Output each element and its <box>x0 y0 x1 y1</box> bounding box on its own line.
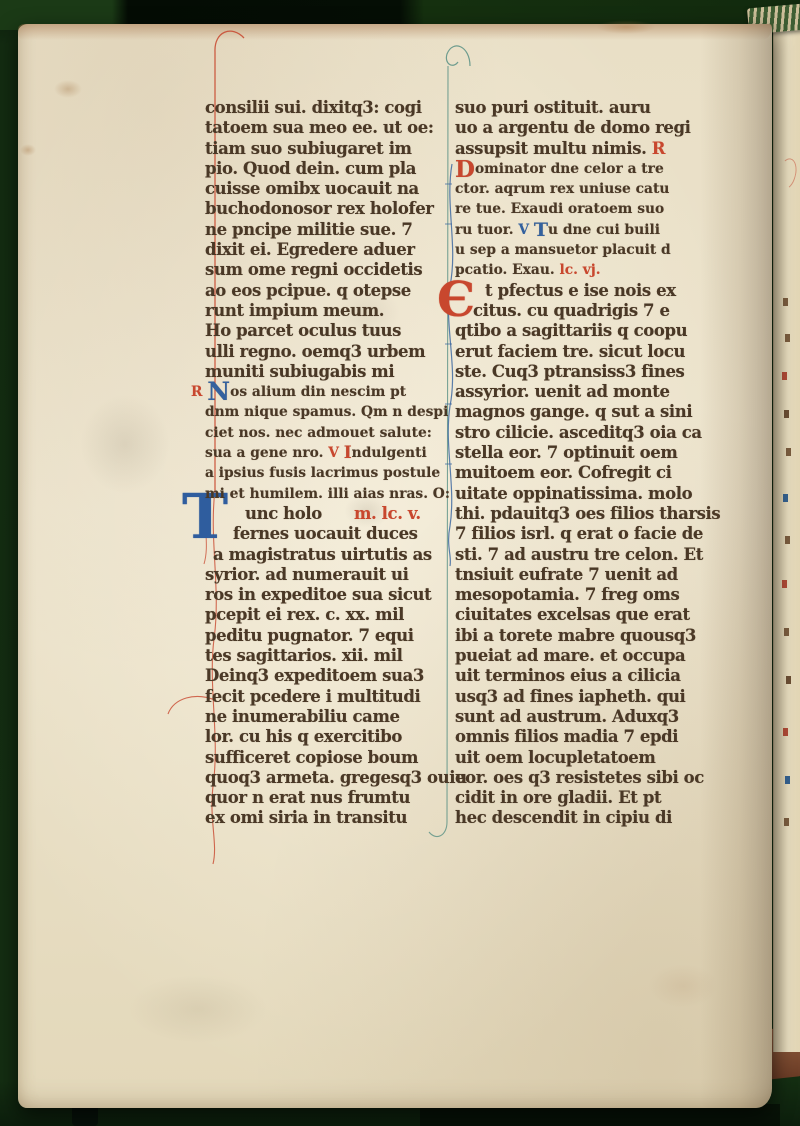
text-line: ne inumerabiliu came <box>205 707 447 727</box>
text-segment: sti. 7 ad austru tre celon. Et <box>455 545 703 564</box>
text-segment: ndulgenti <box>352 445 427 461</box>
text-line: pio. Quod dein. cum pla <box>205 159 447 179</box>
text-line: cuisse omibx uocauit na <box>205 179 447 199</box>
text-segment: pcepit ei rex. c. xx. mil <box>205 605 404 624</box>
text-line: magnos gange. q sut a sini <box>455 402 721 422</box>
text-line: sua a gene nro. V Indulgenti <box>205 443 447 463</box>
text-segment: peditu pugnator. 7 equi <box>205 626 414 645</box>
text-line: uo a argentu de domo regi <box>455 118 721 138</box>
text-line: tatoem sua meo ee. ut oe: <box>205 118 447 138</box>
text-line: tiam suo subiugaret im <box>205 139 447 159</box>
parchment-page: T Є consilii sui. dixitq3: cogitatoem su… <box>18 24 772 1108</box>
text-line: ex omi siria in transitu <box>205 808 447 828</box>
text-segment: a ipsius fusis lacrimus postule <box>205 465 440 481</box>
text-segment: Ho parcet oculus tuus <box>205 321 401 340</box>
text-line: assyrior. uenit ad monte <box>455 382 721 402</box>
text-segment: m. lc. v. <box>354 504 421 523</box>
text-line: stro cilicie. asceditq3 oia ca <box>455 423 721 443</box>
text-segment: usq3 ad fines iapheth. qui <box>455 687 685 706</box>
text-segment: mesopotamia. 7 freg oms <box>455 585 679 604</box>
text-segment: ulli regno. oemq3 urbem <box>205 342 425 361</box>
text-segment: omnis filios madia 7 epdi <box>455 727 678 746</box>
text-line: 7 filios isrl. q erat o facie de <box>455 524 721 544</box>
text-line: ru tuor. V Tu dne cui buili <box>455 220 721 240</box>
stain <box>80 394 170 494</box>
stain <box>128 974 268 1044</box>
text-segment: muniti subiugabis mi <box>205 362 394 381</box>
text-line: ciet nos. nec admouet salute: <box>205 423 447 443</box>
text-line: uitate oppinatissima. molo <box>455 484 721 504</box>
text-segment: hec descendit in cipiu di <box>455 808 672 827</box>
text-line: sum ome regni occidetis <box>205 260 447 280</box>
text-segment: lor. cu his q exercitibo <box>205 727 402 746</box>
stain <box>20 144 36 156</box>
column-left: consilii sui. dixitq3: cogitatoem sua me… <box>205 98 447 829</box>
text-segment: lc. vj. <box>560 262 601 278</box>
text-line: consilii sui. dixitq3: cogi <box>205 98 447 118</box>
text-line: uit oem locupletatoem <box>455 748 721 768</box>
text-segment: os alium din nescim pt <box>230 384 406 400</box>
text-line: re tue. Exaudi oratoem suo <box>455 199 721 219</box>
text-segment: pueiat ad mare. et occupa <box>455 646 685 665</box>
text-segment: dixit ei. Egredere aduer <box>205 240 415 259</box>
text-line: a magistratus uirtutis as <box>205 545 447 565</box>
text-segment: magnos gange. q sut a sini <box>455 402 692 421</box>
text-line: peditu pugnator. 7 equi <box>205 626 447 646</box>
text-segment: V <box>328 445 344 461</box>
text-segment: ao eos pcipue. q otepse <box>205 281 411 300</box>
text-segment: sufficeret copiose boum <box>205 748 418 767</box>
text-line: Ho parcet oculus tuus <box>205 321 447 341</box>
text-segment: a magistratus uirtutis as <box>213 545 432 564</box>
text-line: mi et humilem. illi aias nras. O: <box>205 484 447 504</box>
inline-initial: T <box>534 219 548 241</box>
text-segment: cidit in ore gladii. Et pt <box>455 788 661 807</box>
text-line: eor. oes q3 resistetes sibi oc <box>455 768 721 788</box>
text-segment: eor. oes q3 resistetes sibi oc <box>455 768 704 787</box>
text-line: tes sagittarios. xii. mil <box>205 646 447 666</box>
text-segment: ex omi siria in transitu <box>205 808 407 827</box>
text-segment: fecit pcedere i multitudi <box>205 687 420 706</box>
text-segment: qtibo a sagittariis q coopu <box>455 321 687 340</box>
text-segment: dnm nique spamus. Qm n despi <box>205 404 448 420</box>
text-line: pcepit ei rex. c. xx. mil <box>205 605 447 625</box>
text-segment: stella eor. 7 optinuit oem <box>455 443 677 462</box>
text-segment: ne pncipe militie sue. 7 <box>205 220 412 239</box>
text-segment: citus. cu quadrigis 7 e <box>473 301 670 320</box>
text-line: hec descendit in cipiu di <box>455 808 721 828</box>
text-line: Dominator dne celor a tre <box>455 159 721 179</box>
text-line: usq3 ad fines iapheth. qui <box>455 687 721 707</box>
stain <box>54 80 82 98</box>
text-line: Deinq3 expeditoem sua3 <box>205 666 447 686</box>
text-line: cidit in ore gladii. Et pt <box>455 788 721 808</box>
text-line: u sep a mansuetor placuit d <box>455 240 721 260</box>
text-segment: uitate oppinatissima. molo <box>455 484 692 503</box>
text-segment: ibi a torete mabre quousq3 <box>455 626 696 645</box>
text-segment: u sep a mansuetor placuit d <box>455 242 671 258</box>
text-segment: R <box>191 384 207 400</box>
text-line: fernes uocauit duces <box>205 524 447 544</box>
text-segment: pio. Quod dein. cum pla <box>205 159 416 178</box>
text-segment: 7 filios isrl. q erat o facie de <box>455 524 703 543</box>
text-segment: quor n erat nus frumtu <box>205 788 410 807</box>
text-segment: ros in expeditoe sua sicut <box>205 585 431 604</box>
text-segment: sum ome regni occidetis <box>205 260 422 279</box>
text-segment: sua a gene nro. <box>205 445 328 461</box>
text-line: a ipsius fusis lacrimus postule <box>205 463 447 483</box>
text-line: suo puri ostituit. auru <box>455 98 721 118</box>
text-segment: Deinq3 expeditoem sua3 <box>205 666 424 685</box>
text-segment: stro cilicie. asceditq3 oia ca <box>455 423 702 442</box>
text-line: muniti subiugabis mi <box>205 362 447 382</box>
text-segment: ru tuor. <box>455 222 518 238</box>
text-segment: tnsiuit eufrate 7 uenit ad <box>455 565 678 584</box>
text-line: ao eos pcipue. q otepse <box>205 281 447 301</box>
text-line: dixit ei. Egredere aduer <box>205 240 447 260</box>
text-segment: syrior. ad numerauit ui <box>205 565 409 584</box>
text-line: ros in expeditoe sua sicut <box>205 585 447 605</box>
text-segment: V <box>518 222 534 238</box>
text-line: qtibo a sagittariis q coopu <box>455 321 721 341</box>
text-line: runt impium meum. <box>205 301 447 321</box>
text-segment: suo puri ostituit. auru <box>455 98 651 117</box>
text-segment: tes sagittarios. xii. mil <box>205 646 402 665</box>
text-line: citus. cu quadrigis 7 e <box>455 301 721 321</box>
text-segment: ciuitates excelsas que erat <box>455 605 690 624</box>
text-segment: unc holo <box>245 504 354 523</box>
text-segment: sunt ad austrum. Aduxq3 <box>455 707 679 726</box>
text-line: t pfectus e ise nois ex <box>455 281 721 301</box>
text-line: ulli regno. oemq3 urbem <box>205 342 447 362</box>
text-line: uit terminos eius a cilicia <box>455 666 721 686</box>
text-line: ctor. aqrum rex uniuse catu <box>455 179 721 199</box>
text-segment: fernes uocauit duces <box>233 524 418 543</box>
text-line: dnm nique spamus. Qm n despi <box>205 402 447 422</box>
text-line: sufficeret copiose boum <box>205 748 447 768</box>
text-segment: uit terminos eius a cilicia <box>455 666 681 685</box>
text-segment: tatoem sua meo ee. ut oe: <box>205 118 434 137</box>
text-line: syrior. ad numerauit ui <box>205 565 447 585</box>
column-right: suo puri ostituit. auruuo a argentu de d… <box>455 98 721 829</box>
text-segment: u dne cui buili <box>548 222 660 238</box>
text-line: pcatio. Exau. lc. vj. <box>455 260 721 280</box>
text-segment: assyrior. uenit ad monte <box>455 382 670 401</box>
text-segment: consilii sui. dixitq3: cogi <box>205 98 422 117</box>
text-segment: re tue. Exaudi oratoem suo <box>455 201 664 217</box>
text-line: quoq3 armeta. gregesq3 ouiu <box>205 768 447 788</box>
stain <box>648 964 718 1008</box>
text-line: tnsiuit eufrate 7 uenit ad <box>455 565 721 585</box>
text-segment: ciet nos. nec admouet salute: <box>205 425 432 441</box>
text-segment: ste. Cuq3 ptransiss3 fines <box>455 362 684 381</box>
text-line: pueiat ad mare. et occupa <box>455 646 721 666</box>
text-line: thi. pdauitq3 oes filios tharsis <box>455 504 721 524</box>
text-segment: buchodonosor rex holofer <box>205 199 434 218</box>
text-segment: t pfectus e ise nois ex <box>485 281 676 300</box>
text-line: omnis filios madia 7 epdi <box>455 727 721 747</box>
text-line: ciuitates excelsas que erat <box>455 605 721 625</box>
text-segment: muitoem eor. Cofregit ci <box>455 463 672 482</box>
text-line: assupsit multu nimis. R <box>455 139 721 159</box>
text-line: stella eor. 7 optinuit oem <box>455 443 721 463</box>
text-segment: tiam suo subiugaret im <box>205 139 412 158</box>
text-segment: ne inumerabiliu came <box>205 707 400 726</box>
text-segment: runt impium meum. <box>205 301 384 320</box>
text-line: lor. cu his q exercitibo <box>205 727 447 747</box>
text-segment: ctor. aqrum rex uniuse catu <box>455 181 669 197</box>
text-segment: pcatio. Exau. <box>455 262 560 278</box>
text-line: ne pncipe militie sue. 7 <box>205 220 447 240</box>
text-segment: mi et humilem. illi aias nras. O: <box>205 486 450 502</box>
text-segment: assupsit multu nimis. <box>455 139 652 158</box>
text-line: quor n erat nus frumtu <box>205 788 447 808</box>
text-segment: erut faciem tre. sicut locu <box>455 342 685 361</box>
text-line: ste. Cuq3 ptransiss3 fines <box>455 362 721 382</box>
inline-initial: I <box>344 443 352 463</box>
text-line: ibi a torete mabre quousq3 <box>455 626 721 646</box>
text-segment: ominator dne celor a tre <box>475 161 664 177</box>
text-line: erut faciem tre. sicut locu <box>455 342 721 362</box>
text-line: muitoem eor. Cofregit ci <box>455 463 721 483</box>
text-line: fecit pcedere i multitudi <box>205 687 447 707</box>
text-line: buchodonosor rex holofer <box>205 199 447 219</box>
text-line: R Nos alium din nescim pt <box>205 382 447 402</box>
manuscript-photo: T Є consilii sui. dixitq3: cogitatoem su… <box>0 0 800 1126</box>
text-segment: quoq3 armeta. gregesq3 ouiu <box>205 768 467 787</box>
text-line: unc holo m. lc. v. <box>205 504 447 524</box>
text-segment: R <box>652 139 665 158</box>
text-line: mesopotamia. 7 freg oms <box>455 585 721 605</box>
text-segment: thi. pdauitq3 oes filios tharsis <box>455 504 720 523</box>
text-segment: cuisse omibx uocauit na <box>205 179 419 198</box>
text-line: sti. 7 ad austru tre celon. Et <box>455 545 721 565</box>
text-line: sunt ad austrum. Aduxq3 <box>455 707 721 727</box>
text-segment: uit oem locupletatoem <box>455 748 655 767</box>
text-segment: uo a argentu de domo regi <box>455 118 691 137</box>
